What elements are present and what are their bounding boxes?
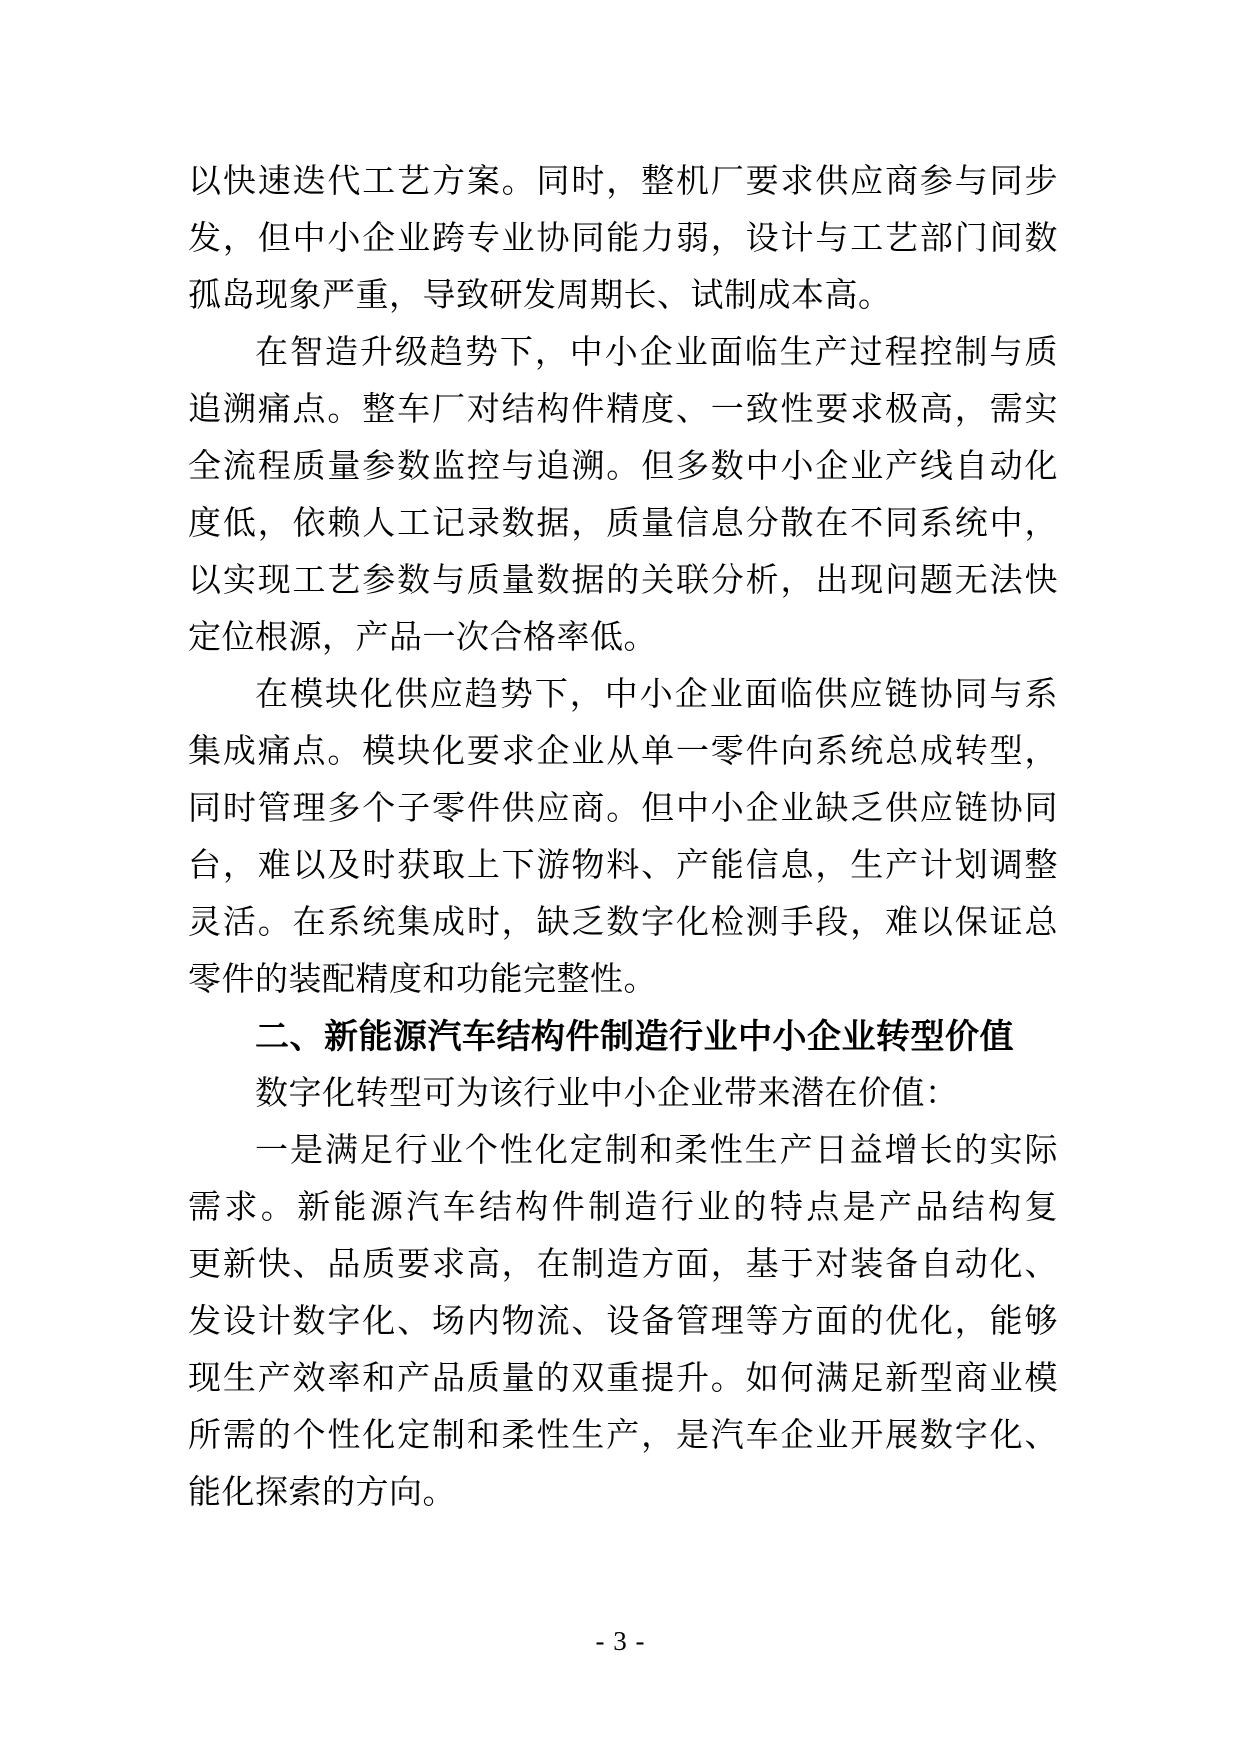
text-line: 零件的装配精度和功能完整性。 <box>188 952 1058 1009</box>
text-line: 数字化转型可为该行业中小企业带来潜在价值： <box>188 1066 1058 1123</box>
text-line: 定位根源，产品一次合格率低。 <box>188 610 1058 667</box>
page-number: - 3 - <box>0 1625 1241 1657</box>
text-line: 孤岛现象严重，导致研发周期长、试制成本高。 <box>188 268 1058 325</box>
document-body: 以快速迭代工艺方案。同时，整机厂要求供应商参与同步开 发，但中小企业跨专业协同能… <box>188 154 1058 1522</box>
text-line: 现生产效率和产品质量的双重提升。如何满足新型商业模式 <box>188 1351 1058 1408</box>
text-line: 能化探索的方向。 <box>188 1465 1058 1522</box>
text-line: 同时管理多个子零件供应商。但中小企业缺乏供应链协同平 <box>188 781 1058 838</box>
text-line: 度低，依赖人工记录数据，质量信息分散在不同系统中，难 <box>188 496 1058 553</box>
text-line: 灵活。在系统集成时，缺乏数字化检测手段，难以保证总成 <box>188 895 1058 952</box>
text-line: 更新快、品质要求高，在制造方面，基于对装备自动化、研 <box>188 1237 1058 1294</box>
text-line: 在智造升级趋势下，中小企业面临生产过程控制与质量 <box>188 325 1058 382</box>
text-line: 发设计数字化、场内物流、设备管理等方面的优化，能够实 <box>188 1294 1058 1351</box>
text-line: 以实现工艺参数与质量数据的关联分析，出现问题无法快速 <box>188 553 1058 610</box>
section-heading: 二、新能源汽车结构件制造行业中小企业转型价值 <box>188 1009 1058 1066</box>
text-line: 全流程质量参数监控与追溯。但多数中小企业产线自动化程 <box>188 439 1058 496</box>
text-line: 集成痛点。模块化要求企业从单一零件向系统总成转型，需 <box>188 724 1058 781</box>
text-line: 发，但中小企业跨专业协同能力弱，设计与工艺部门间数据 <box>188 211 1058 268</box>
text-line: 以快速迭代工艺方案。同时，整机厂要求供应商参与同步开 <box>188 154 1058 211</box>
text-line: 一是满足行业个性化定制和柔性生产日益增长的实际 <box>188 1123 1058 1180</box>
document-page: 以快速迭代工艺方案。同时，整机厂要求供应商参与同步开 发，但中小企业跨专业协同能… <box>0 0 1241 1754</box>
text-line: 需求。新能源汽车结构件制造行业的特点是产品结构复杂、 <box>188 1180 1058 1237</box>
text-line: 所需的个性化定制和柔性生产，是汽车企业开展数字化、智 <box>188 1408 1058 1465</box>
text-line: 追溯痛点。整车厂对结构件精度、一致性要求极高，需实现 <box>188 382 1058 439</box>
text-line: 在模块化供应趋势下，中小企业面临供应链协同与系统 <box>188 667 1058 724</box>
text-line: 台，难以及时获取上下游物料、产能信息，生产计划调整不 <box>188 838 1058 895</box>
